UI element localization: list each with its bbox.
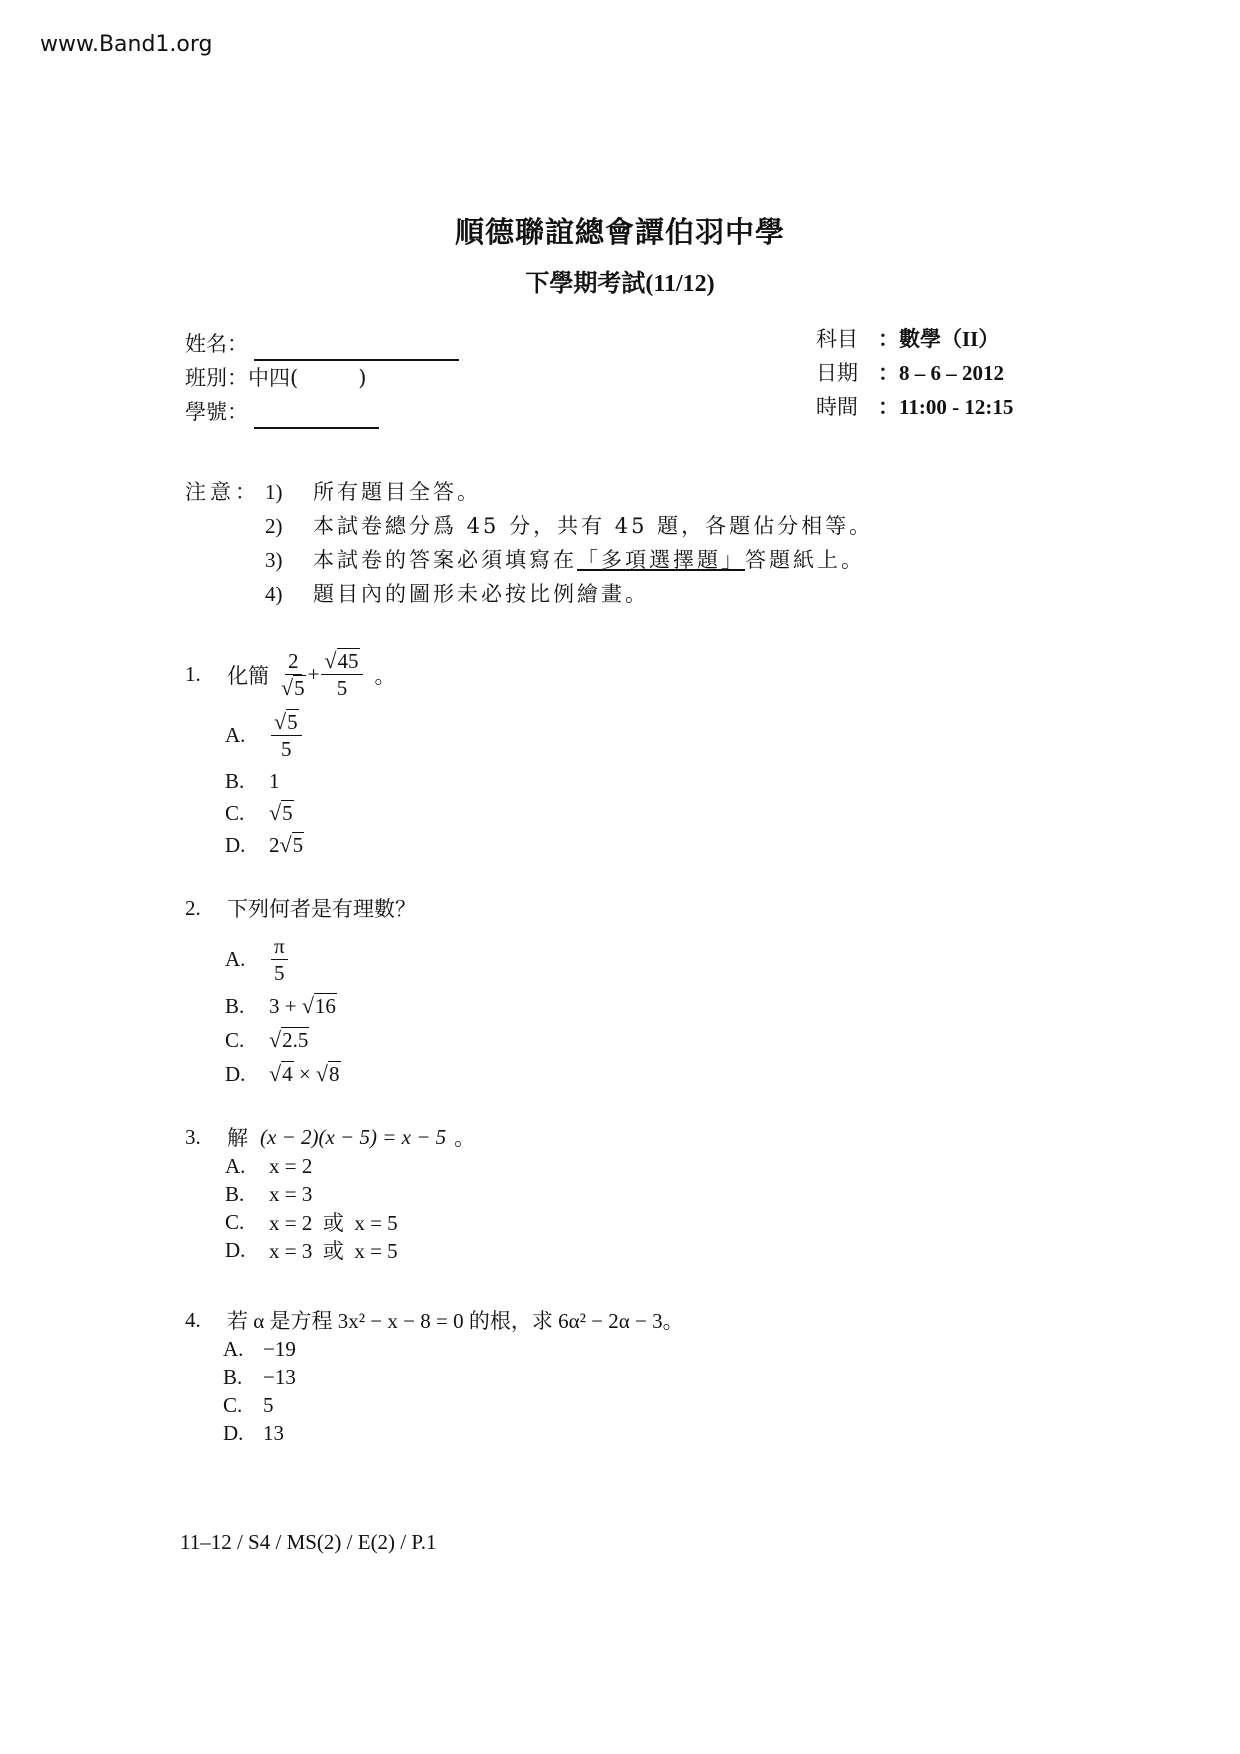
note-item: 注意： 1) 所有題目全答。	[185, 475, 873, 509]
note-item: 2) 本試卷總分爲 45 分，共有 45 題，各題佔分相等。	[185, 509, 873, 543]
exam-year: (11/12)	[645, 271, 714, 297]
question-text: 解	[227, 1122, 248, 1152]
option-d[interactable]: D. 13	[223, 1419, 684, 1447]
note-item: 3) 本試卷的答案必須填寫在「多項選擇題」答題紙上。	[185, 543, 873, 577]
fraction: 2 √5	[281, 648, 306, 701]
note-text: 本試卷的答案必須填寫在「多項選擇題」答題紙上。	[313, 543, 865, 577]
name-label: 姓名	[185, 327, 227, 361]
name-row: 姓名 ：	[185, 327, 459, 361]
option-a[interactable]: A. x = 2	[225, 1152, 475, 1180]
note-text: 題目內的圖形未必按比例繪畫。	[313, 577, 649, 611]
subject-label: 科目	[816, 322, 878, 356]
question-text: 化簡	[227, 660, 269, 690]
subject-value: ：數學（II）	[878, 322, 999, 356]
note-text-underlined: 「多項選擇題」	[577, 548, 745, 572]
question-stem: 1. 化簡 2 √5 + √45 5 。	[185, 648, 396, 701]
question-4: 4. 若 α 是方程 3x² − x − 8 = 0 的根，求 6α² − 2α…	[185, 1305, 684, 1447]
colon: ：	[227, 395, 248, 429]
question-number: 4.	[185, 1308, 227, 1333]
question-text: 若 α 是方程 3x² − x − 8 = 0 的根，求 6α² − 2α − …	[227, 1305, 684, 1335]
note-text-pre: 本試卷的答案必須填寫在	[313, 548, 577, 572]
number-field[interactable]	[254, 407, 379, 429]
option-d[interactable]: D. √4 × √8	[225, 1057, 416, 1091]
page-footer: 11–12 / S4 / MS(2) / E(2) / P.1	[180, 1530, 437, 1555]
question-3: 3. 解 (x − 2)(x − 5) = x − 5 。 A. x = 2 B…	[185, 1122, 475, 1264]
option-d[interactable]: D. x = 3 或 x = 5	[225, 1236, 475, 1264]
question-stem: 4. 若 α 是方程 3x² − x − 8 = 0 的根，求 6α² − 2α…	[185, 1305, 684, 1335]
school-name: 順德聯誼總會譚伯羽中學	[0, 210, 1240, 251]
note-number: 3)	[265, 543, 313, 577]
time-value: ：11:00 - 12:15	[878, 390, 1013, 424]
time-label: 時間	[816, 390, 878, 424]
exam-title: 下學期考試(11/12)	[0, 263, 1240, 298]
note-number: 1)	[265, 475, 313, 509]
colon: ：	[227, 361, 248, 395]
question-number: 3.	[185, 1125, 227, 1150]
time-row: 時間 ：11:00 - 12:15	[816, 390, 1013, 424]
question-text: 下列何者是有理數？	[227, 893, 416, 923]
question-number: 1.	[185, 662, 227, 687]
option-d[interactable]: D. 2 √5	[225, 829, 396, 861]
option-c[interactable]: C. √2.5	[225, 1023, 416, 1057]
note-text: 所有題目全答。	[313, 475, 481, 509]
option-c[interactable]: C. 5	[223, 1391, 684, 1419]
date-row: 日期 ：8 – 6 – 2012	[816, 356, 1013, 390]
subject-row: 科目 ：數學（II）	[816, 322, 1013, 356]
exam-info: 科目 ：數學（II） 日期 ：8 – 6 – 2012 時間 ：11:00 - …	[816, 322, 1013, 424]
option-b[interactable]: B. x = 3	[225, 1180, 475, 1208]
name-field[interactable]	[254, 339, 459, 361]
instructions: 注意： 1) 所有題目全答。 2) 本試卷總分爲 45 分，共有 45 題，各題…	[185, 475, 873, 611]
class-value: 中四(	[248, 361, 298, 395]
note-text: 本試卷總分爲 45 分，共有 45 題，各題佔分相等。	[313, 509, 873, 543]
option-b[interactable]: B. 1	[225, 765, 396, 797]
note-text-post: 答題紙上。	[745, 548, 865, 572]
question-number: 2.	[185, 896, 227, 921]
student-info: 姓名 ： 班別 ： 中四( ) 學號 ：	[185, 327, 459, 429]
question-2: 2. 下列何者是有理數？ A. π 5 B. 3 + √16 C. √2.5 D…	[185, 893, 416, 1091]
question-1: 1. 化簡 2 √5 + √45 5 。 A. √5 5 B. 1 C. √5 …	[185, 648, 396, 861]
note-number: 4)	[265, 577, 313, 611]
watermark: www.Band1.org	[40, 32, 213, 57]
equation: (x − 2)(x − 5) = x − 5	[260, 1125, 446, 1150]
exam-title-text: 下學期考試	[525, 268, 645, 297]
option-a[interactable]: A. −19	[223, 1335, 684, 1363]
class-close: )	[358, 361, 366, 395]
class-label: 班別	[185, 361, 227, 395]
notes-heading: 注意：	[185, 475, 265, 509]
date-label: 日期	[816, 356, 878, 390]
question-stem: 2. 下列何者是有理數？	[185, 893, 416, 923]
number-row: 學號 ：	[185, 395, 459, 429]
option-a[interactable]: A. √5 5	[225, 705, 396, 765]
note-item: 4) 題目內的圖形未必按比例繪畫。	[185, 577, 873, 611]
number-label: 學號	[185, 395, 227, 429]
option-b[interactable]: B. −13	[223, 1363, 684, 1391]
question-stem: 3. 解 (x − 2)(x − 5) = x − 5 。	[185, 1122, 475, 1152]
option-c[interactable]: C. x = 2 或 x = 5	[225, 1208, 475, 1236]
option-c[interactable]: C. √5	[225, 797, 396, 829]
fraction: √45 5	[321, 648, 362, 701]
date-value: ：8 – 6 – 2012	[878, 356, 1004, 390]
note-number: 2)	[265, 509, 313, 543]
option-b[interactable]: B. 3 + √16	[225, 989, 416, 1023]
colon: ：	[227, 327, 248, 361]
class-row: 班別 ： 中四( )	[185, 361, 459, 395]
option-a[interactable]: A. π 5	[225, 929, 416, 989]
